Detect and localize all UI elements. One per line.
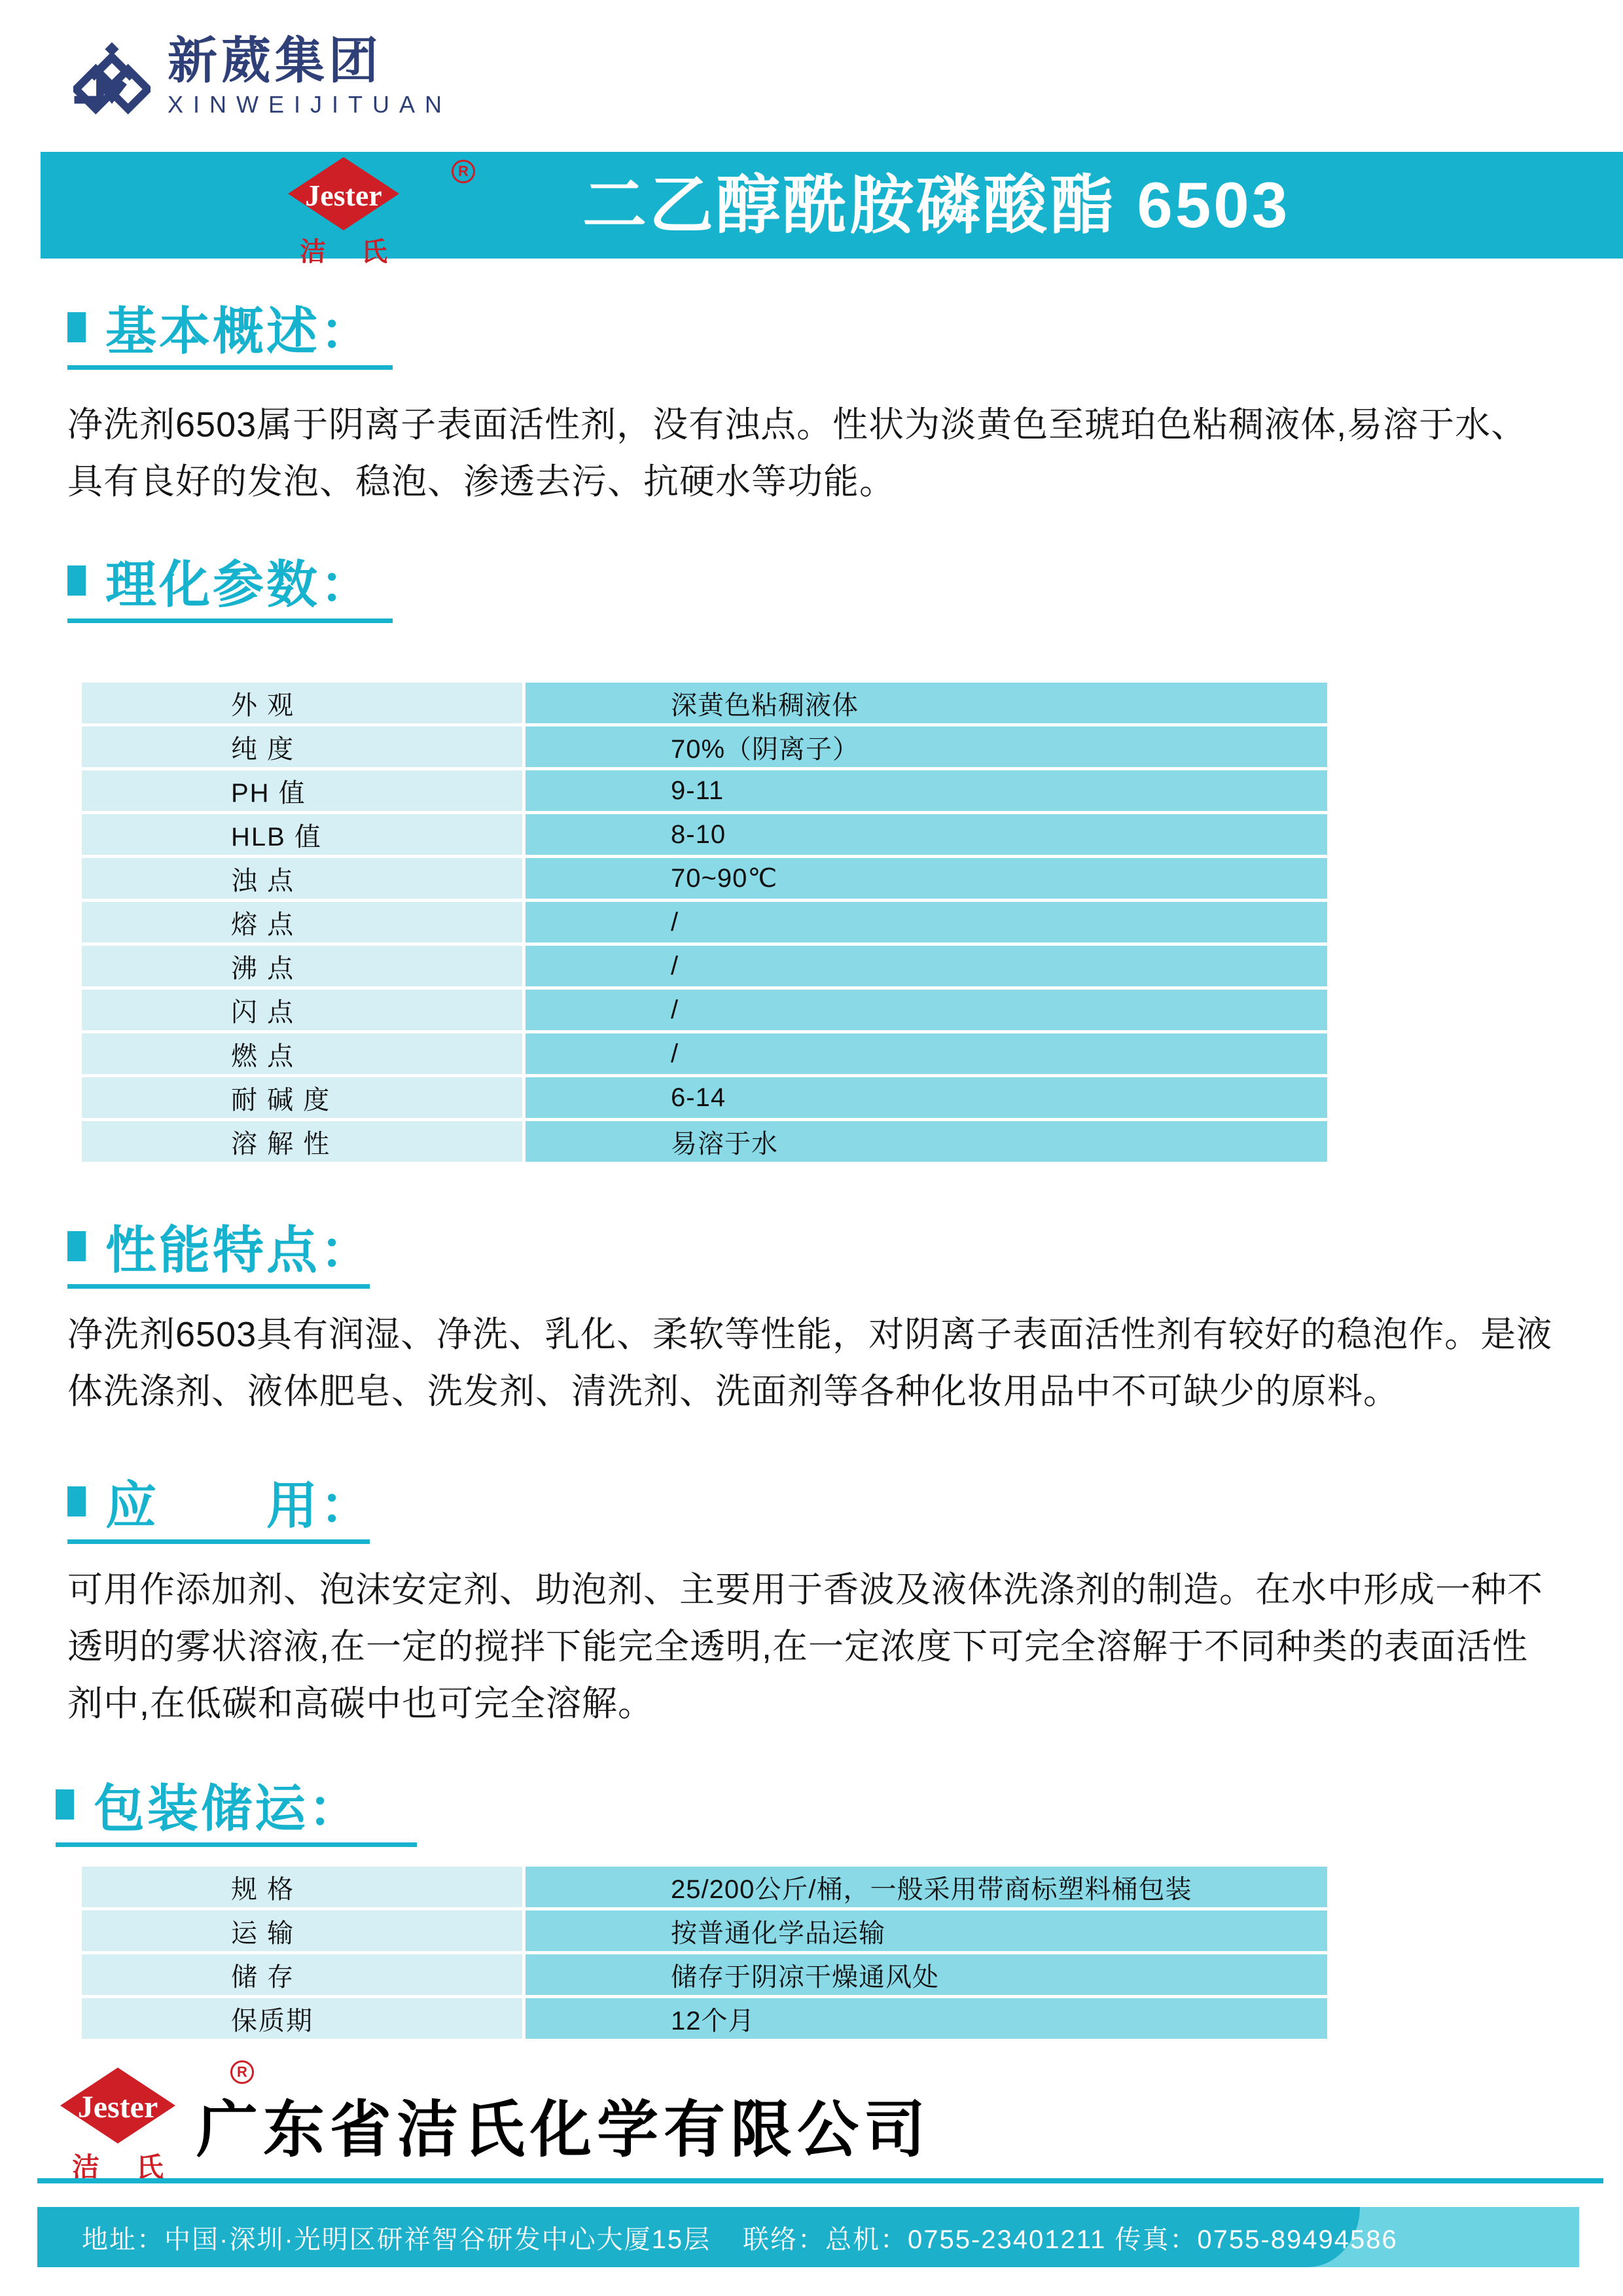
section-underline: [67, 365, 393, 370]
overview-body: 净洗剂6503属于阴离子表面活性剂，没有浊点。性状为淡黄色至琥珀色粘稠液体,易溶…: [67, 397, 1561, 511]
section-underline: [56, 1842, 417, 1847]
footer-jester-logo: Jester 洁 氏: [60, 2067, 175, 2185]
table-label-cell: 沸 点: [82, 946, 522, 986]
jester-logo: Jester 洁 氏: [288, 157, 399, 268]
section-underline: [67, 1539, 370, 1544]
section-underline: [67, 1284, 370, 1289]
table-value-cell: 6-14: [526, 1077, 1327, 1118]
table-value-cell: 9-11: [526, 770, 1327, 811]
section-bullet-icon: [67, 312, 86, 342]
table-value-cell: 70~90℃: [526, 858, 1327, 899]
packaging-table: 规 格25/200公斤/桶，一般采用带商标塑料桶包装运 输按普通化学品运输储 存…: [82, 1867, 1327, 2042]
table-value-cell: 70%（阴离子）: [526, 726, 1327, 767]
table-row: 外 观深黄色粘稠液体: [82, 683, 1327, 723]
jester-wordmark: Jester: [288, 157, 399, 234]
table-label-cell: 保质期: [82, 1998, 522, 2039]
table-value-cell: /: [526, 902, 1327, 942]
table-value-cell: 深黄色粘稠液体: [526, 683, 1327, 723]
section-underline: [67, 619, 393, 623]
table-value-cell: 储存于阴凉干燥通风处: [526, 1954, 1327, 1995]
parameters-table: 外 观深黄色粘稠液体纯 度70%（阴离子）PH 值9-11HLB 值8-10浊 …: [82, 683, 1327, 1165]
jester-diamond: Jester: [288, 157, 399, 234]
table-row: HLB 值8-10: [82, 814, 1327, 855]
table-value-cell: 25/200公斤/桶，一般采用带商标塑料桶包装: [526, 1867, 1327, 1907]
section-heading-overview: 基本概述：: [67, 297, 374, 357]
table-label-cell: 规 格: [82, 1867, 522, 1907]
product-title: 二乙醇酰胺磷酸酯 6503: [582, 152, 1290, 259]
jester-cn-name: 洁 氏: [288, 231, 399, 268]
logo-diamond-dot: [105, 42, 118, 56]
table-row: 纯 度70%（阴离子）: [82, 726, 1327, 767]
datasheet-page: 新葳集团 XINWEIJITUAN Jester 洁 氏 R 二乙醇酰胺磷酸酯 …: [0, 0, 1623, 2296]
section-heading-parameters: 理化参数：: [67, 550, 374, 611]
table-label-cell: 燃 点: [82, 1033, 522, 1074]
table-label-cell: 浊 点: [82, 858, 522, 899]
footer-company-name: 广东省洁氏化学有限公司: [196, 2080, 931, 2168]
section-title-application: 应 用：: [105, 1465, 374, 1538]
group-logo: 新葳集团 XINWEIJITUAN: [73, 34, 452, 120]
jester-diamond: Jester: [60, 2067, 175, 2147]
jester-wordmark: Jester: [60, 2067, 175, 2147]
section-title-parameters: 理化参数：: [105, 544, 374, 617]
section-bullet-icon: [67, 1231, 86, 1261]
jester-cn-right: 氏: [361, 231, 387, 268]
table-label-cell: 耐 碱 度: [82, 1077, 522, 1118]
table-row: 储 存储存于阴凉干燥通风处: [82, 1954, 1327, 1995]
table-label-cell: 纯 度: [82, 726, 522, 767]
group-name: 新葳集团: [168, 34, 452, 89]
table-row: 保质期12个月: [82, 1998, 1327, 2039]
table-label-cell: 运 输: [82, 1910, 522, 1951]
table-row: 耐 碱 度6-14: [82, 1077, 1327, 1118]
table-label-cell: 溶 解 性: [82, 1121, 522, 1162]
registered-trademark-icon: R: [452, 160, 475, 183]
table-row: 闪 点/: [82, 990, 1327, 1030]
section-heading-packaging: 包装储运：: [56, 1774, 362, 1835]
table-row: PH 值9-11: [82, 770, 1327, 811]
table-value-cell: /: [526, 946, 1327, 986]
table-value-cell: 12个月: [526, 1998, 1327, 2039]
table-row: 运 输按普通化学品运输: [82, 1910, 1327, 1951]
table-label-cell: 闪 点: [82, 990, 522, 1030]
footer-bar: 地址：中国·深圳·光明区研祥智谷研发中心大厦15层 联络：总机：0755-234…: [37, 2207, 1579, 2267]
footer-divider: [37, 2178, 1603, 2183]
table-label-cell: HLB 值: [82, 814, 522, 855]
jester-cn-left: 洁: [300, 231, 326, 268]
table-row: 规 格25/200公斤/桶，一般采用带商标塑料桶包装: [82, 1867, 1327, 1907]
table-label-cell: PH 值: [82, 770, 522, 811]
features-body: 净洗剂6503具有润湿、净洗、乳化、柔软等性能，对阴离子表面活性剂有较好的稳泡作…: [67, 1306, 1561, 1420]
section-title-packaging: 包装储运：: [94, 1768, 362, 1841]
group-logo-mark-icon: [73, 39, 151, 116]
table-row: 熔 点/: [82, 902, 1327, 942]
table-label-cell: 熔 点: [82, 902, 522, 942]
footer-address: 地址：中国·深圳·光明区研祥智谷研发中心大厦15层: [82, 2207, 711, 2267]
section-heading-features: 性能特点：: [67, 1216, 374, 1276]
table-value-cell: /: [526, 990, 1327, 1030]
table-value-cell: 易溶于水: [526, 1121, 1327, 1162]
table-row: 溶 解 性易溶于水: [82, 1121, 1327, 1162]
section-bullet-icon: [67, 1486, 86, 1516]
title-band: Jester 洁 氏 R 二乙醇酰胺磷酸酯 6503: [41, 152, 1623, 259]
group-name-en: XINWEIJITUAN: [168, 89, 452, 120]
section-bullet-icon: [56, 1789, 74, 1820]
section-title-overview: 基本概述：: [105, 291, 374, 364]
section-bullet-icon: [67, 565, 86, 596]
section-heading-application: 应 用：: [67, 1471, 374, 1532]
application-body: 可用作添加剂、泡沫安定剂、助泡剂、主要用于香波及液体洗涤剂的制造。在水中形成一种…: [67, 1562, 1561, 1732]
footer-contact: 联络：总机：0755-23401211 传真：0755-89494586: [743, 2207, 1398, 2267]
table-label-cell: 储 存: [82, 1954, 522, 1995]
table-label-cell: 外 观: [82, 683, 522, 723]
table-row: 浊 点70~90℃: [82, 858, 1327, 899]
table-value-cell: 8-10: [526, 814, 1327, 855]
table-row: 燃 点/: [82, 1033, 1327, 1074]
table-value-cell: /: [526, 1033, 1327, 1074]
section-title-features: 性能特点：: [105, 1210, 374, 1283]
table-row: 沸 点/: [82, 946, 1327, 986]
table-value-cell: 按普通化学品运输: [526, 1910, 1327, 1951]
